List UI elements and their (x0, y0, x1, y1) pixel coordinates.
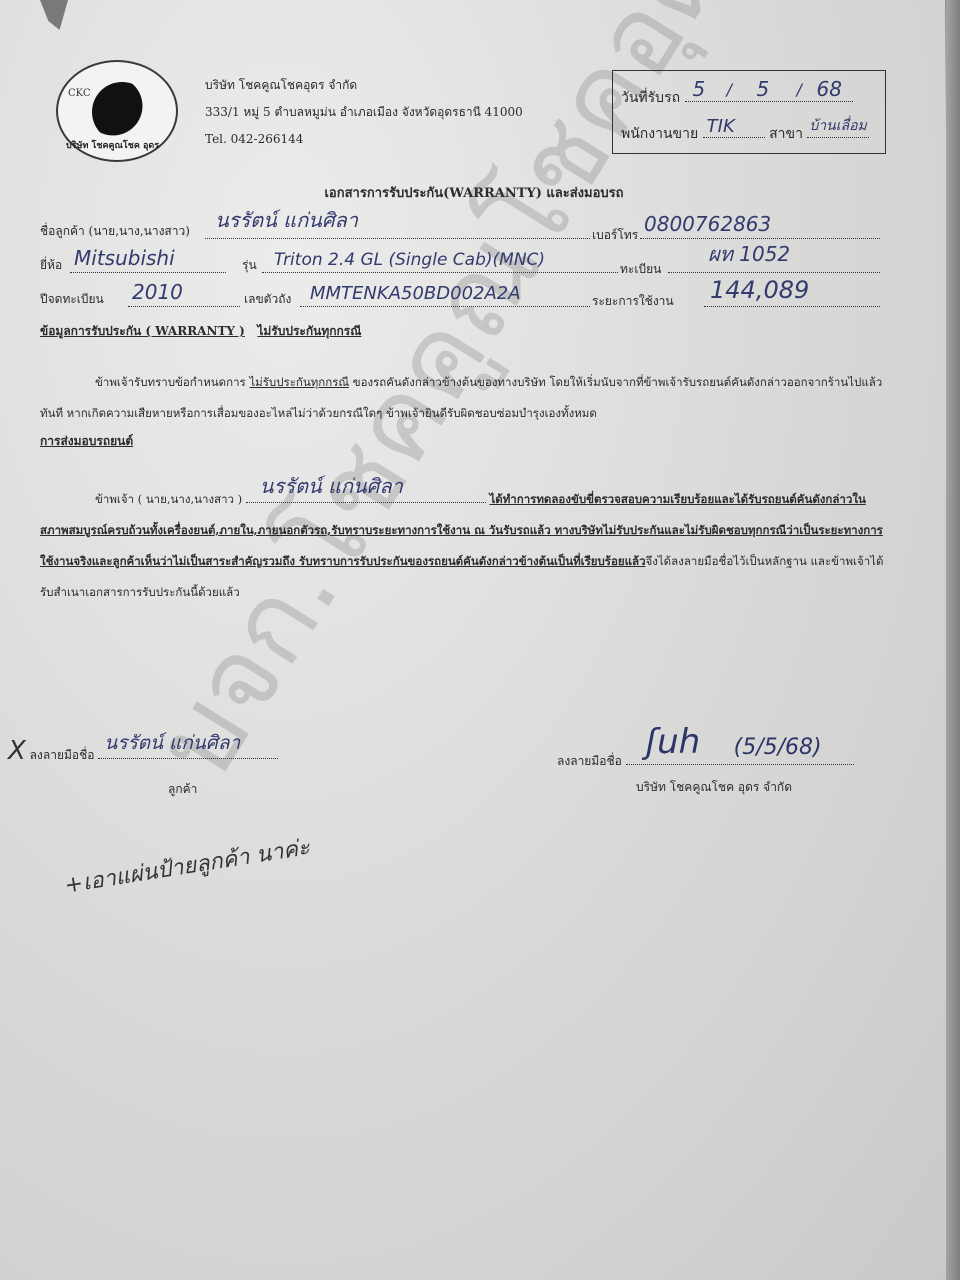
warranty-heading: ข้อมูลการรับประกัน ( WARRANTY ) (40, 324, 245, 338)
receipt-date-row: วันที่รับรถ 5 / 5 / 68 (621, 81, 853, 109)
delivery-heading-row: การส่งมอบรถยนต์ (40, 432, 133, 451)
folded-corner (40, 0, 68, 30)
receipt-sales-row: พนักงานขาย TIK สาขา บ้านเลื่อม (621, 117, 869, 145)
customer-role: ลูกค้า (168, 780, 197, 799)
delivery-prefix: ข้าพเจ้า ( นาย,นาง,นางสาว ) (95, 492, 242, 506)
salesperson-label: พนักงานขาย (621, 126, 698, 142)
customer-label: ชื่อลูกค้า (นาย,นาง,นางสาว) (40, 224, 190, 238)
chassis-value: MMTENKA50BD002A2A (310, 283, 521, 304)
handwritten-note: +เอาแผ่นป้ายลูกค้า นาค่ะ (62, 829, 312, 902)
x-mark-icon: X (8, 736, 26, 766)
brand-value: Mitsubishi (74, 246, 175, 270)
plate-label: ทะเบียน (620, 260, 661, 279)
company-name: บริษัท โชคคูณโชคอุดร จำกัด (205, 72, 523, 99)
warranty-paragraph: ข้าพเจ้ารับทราบข้อกำหนดการ ไม่รับประกันท… (40, 367, 885, 429)
date-separator: / (727, 80, 732, 99)
customer-sign-label: ลงลายมือชื่อ (30, 748, 95, 762)
model-label: รุ่น (242, 256, 257, 275)
customer-sign-block: X ลงลายมือชื่อ นรรัตน์ แก่นศิลา (8, 736, 278, 766)
phone-value: 0800762863 (644, 212, 771, 236)
plate-value: ผท 1052 (708, 238, 790, 270)
chassis-label: เลขตัวถัง (244, 290, 291, 309)
mileage-value: 144,089 (710, 276, 809, 304)
branch-label: สาขา (769, 126, 803, 142)
reg-year-label: ปีจดทะเบียน (40, 290, 104, 309)
phone-label: เบอร์โทร (592, 226, 638, 245)
delivery-name-value: นรรัตน์ แก่นศิลา (260, 471, 403, 502)
receipt-date-month: 5 (757, 77, 770, 101)
mileage-field: 144,089 (704, 284, 880, 307)
warranty-heading-row: ข้อมูลการรับประกัน ( WARRANTY ) ไม่รับปร… (40, 322, 361, 341)
receipt-date-year: 68 (817, 77, 842, 101)
delivery-paragraph: ข้าพเจ้า ( นาย,นาง,นางสาว ) นรรัตน์ แก่น… (40, 482, 885, 608)
model-field: Triton 2.4 GL (Single Cab)(MNC) (262, 250, 618, 273)
branch-value: บ้านเลื่อม (809, 115, 866, 137)
delivery-heading: การส่งมอบรถยนต์ (40, 434, 133, 448)
document-paper: บจก.โชคคูณโชคอุดร CKC บริษัท โชคคูณโชค อ… (0, 0, 948, 1280)
receipt-box: วันที่รับรถ 5 / 5 / 68 พนักงานขาย TIK สา… (612, 70, 886, 154)
background-edge (946, 0, 960, 1280)
company-sign-label: ลงลายมือชื่อ (557, 754, 622, 768)
company-header: บริษัท โชคคูณโชคอุดร จำกัด 333/1 หมู่ 5 … (205, 72, 523, 153)
company-role: บริษัท โชคคูณโชค อุดร จำกัด (636, 778, 792, 797)
salesperson-value: TIK (707, 116, 735, 137)
warranty-para-emph: ไม่รับประกันทุกกรณี (249, 375, 349, 389)
date-separator: / (797, 80, 802, 99)
brand-field: Mitsubishi (70, 250, 226, 273)
receipt-date-label: วันที่รับรถ (621, 90, 680, 106)
company-sign-date: (5/5/68) (734, 735, 822, 760)
model-value: Triton 2.4 GL (Single Cab)(MNC) (274, 250, 545, 270)
reg-year-value: 2010 (132, 280, 183, 304)
customer-row: ชื่อลูกค้า (นาย,นาง,นางสาว) (40, 222, 190, 241)
warranty-status: ไม่รับประกันทุกกรณี (257, 324, 361, 338)
logo-ring-text: บริษัท โชคคูณโชค อุดร (66, 138, 159, 152)
chassis-field: MMTENKA50BD002A2A (300, 284, 590, 307)
plate-field: ผท 1052 (668, 250, 880, 273)
customer-signature: นรรัตน์ แก่นศิลา (104, 728, 240, 758)
warranty-para-prefix: ข้าพเจ้ารับทราบข้อกำหนดการ (95, 375, 246, 389)
company-address: 333/1 หมู่ 5 ตำบลหมูม่น อำเภอเมือง จังหว… (205, 99, 523, 126)
reg-year-field: 2010 (128, 284, 240, 307)
logo-text: CKC (68, 88, 91, 99)
company-phone: Tel. 042-266144 (205, 126, 523, 153)
brand-label: ยี่ห้อ (40, 256, 62, 275)
phone-field: 0800762863 (640, 216, 880, 239)
company-sign-block: ลงลายมือชื่อ ʃuh (5/5/68) (557, 744, 854, 771)
company-signature-icon: ʃuh (646, 722, 701, 762)
receipt-date-day: 5 (693, 77, 706, 101)
company-logo-icon: CKC บริษัท โชคคูณโชค อุดร (56, 60, 178, 162)
mileage-label: ระยะการใช้งาน (592, 292, 674, 311)
horse-icon (92, 82, 152, 142)
customer-field: นรรัตน์ แก่นศิลา (205, 216, 590, 239)
document-title: เอกสารการรับประกัน(WARRANTY) และส่งมอบรถ (0, 182, 948, 203)
customer-value: นรรัตน์ แก่นศิลา (215, 204, 358, 236)
